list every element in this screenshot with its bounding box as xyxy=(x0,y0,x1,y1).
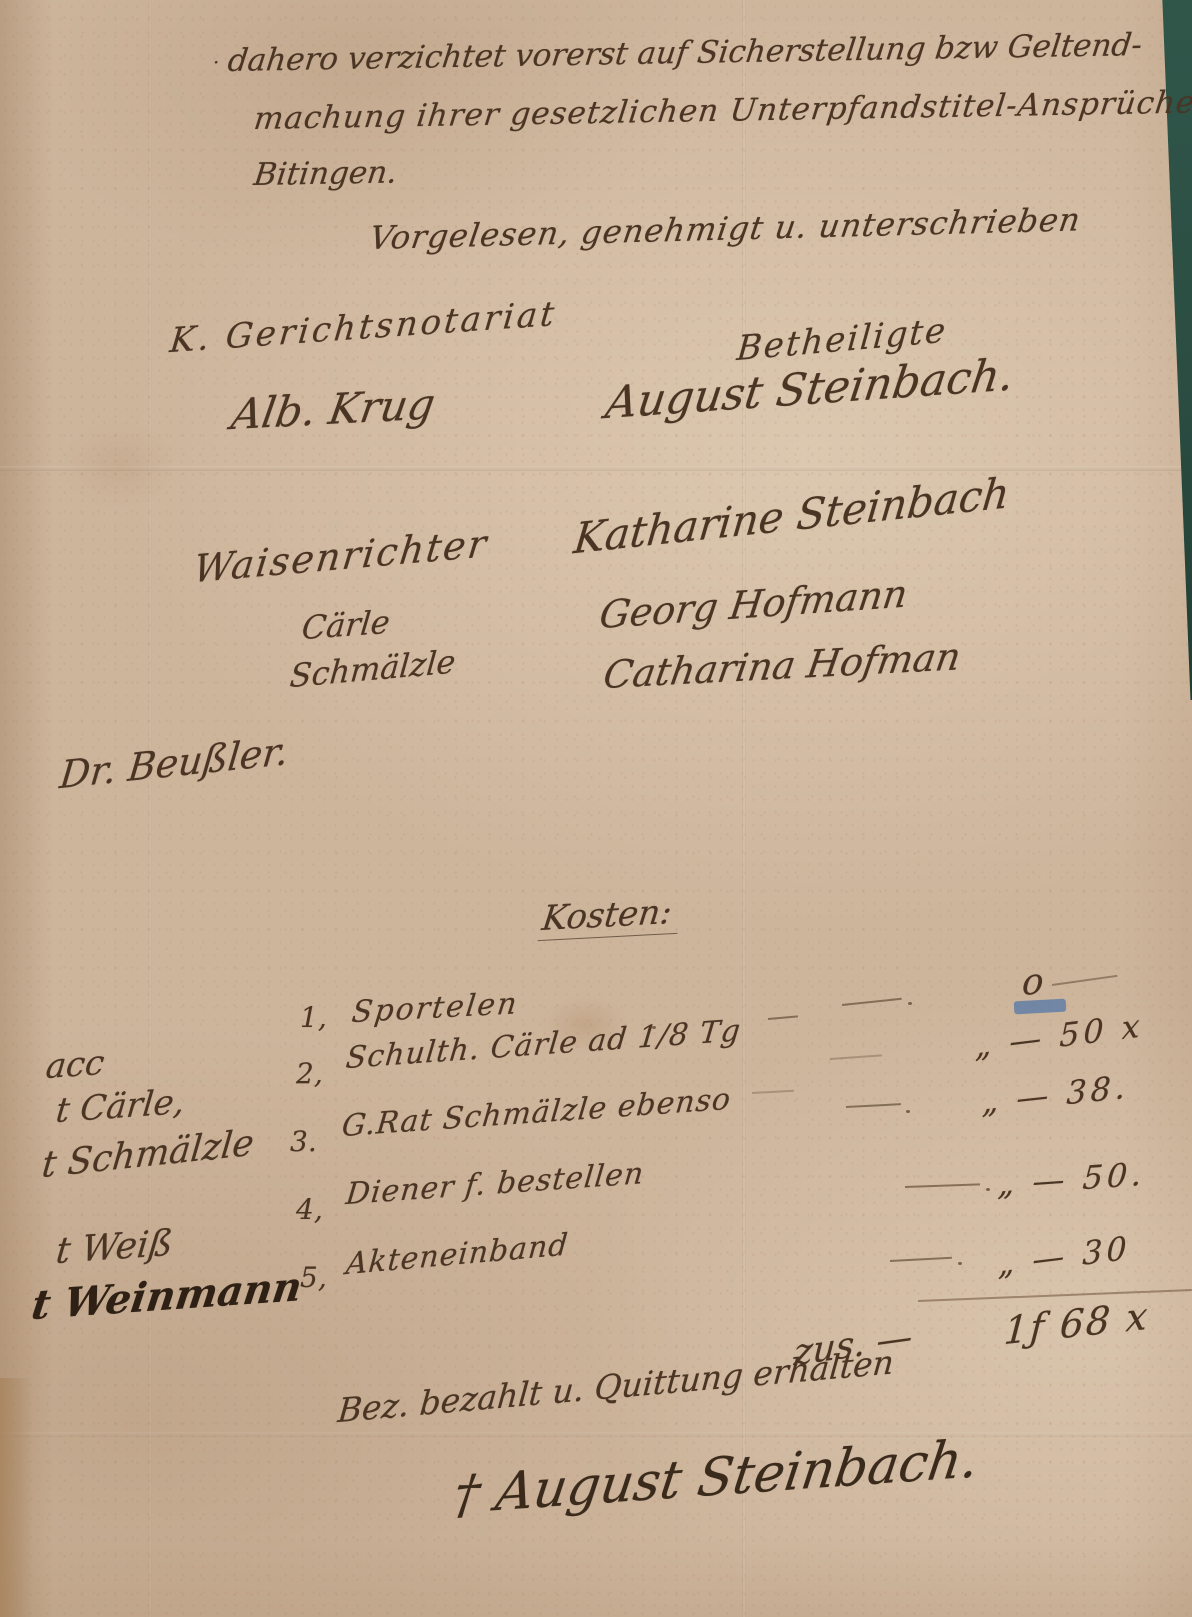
cost-item-3-number: 3. xyxy=(290,1128,317,1156)
leader-dash xyxy=(842,998,902,1006)
leader-dot xyxy=(908,1002,912,1005)
leader-dot xyxy=(986,1188,990,1191)
cost-item-5-amount: „ — 30 xyxy=(998,1232,1131,1281)
receipt-line: Bez. bezahlt u. Quittung erhalten xyxy=(337,1345,896,1427)
waisenrichter-title: Waisenrichter xyxy=(192,524,491,588)
cost-item-1-label: Sportelen xyxy=(350,989,520,1028)
cost-item-4-amount: „ — 50. xyxy=(997,1158,1147,1201)
paragraph-mark: · xyxy=(213,52,219,72)
leader-dash xyxy=(830,1054,882,1060)
leader-dot xyxy=(906,1110,910,1113)
margin-note-weiss: t Weiß xyxy=(54,1226,174,1271)
horizontal-fold-crease-bottom xyxy=(0,1432,1192,1437)
leader-dash xyxy=(890,1257,952,1262)
horizontal-fold-crease xyxy=(0,466,1192,471)
leader-dash xyxy=(768,1015,798,1020)
leader-dash xyxy=(846,1103,901,1108)
blue-pencil-mark xyxy=(1014,999,1067,1015)
clerk-signature: Dr. Beußler. xyxy=(58,732,290,795)
underlying-page-edge xyxy=(0,1378,32,1617)
court-office-title: K. Gerichtsnotariat xyxy=(168,297,559,358)
paper-stain xyxy=(60,420,180,510)
amount-flourish-dash xyxy=(1052,975,1118,986)
margin-note-acc: acc xyxy=(44,1046,106,1084)
paragraph-line-1: dahero verzichtet vorerst auf Sicherstel… xyxy=(226,30,1144,77)
signature-katharine-steinbach: Katharine Steinbach xyxy=(572,472,1012,560)
signature-schmaelzle: Schmälzle xyxy=(289,645,457,692)
paragraph-line-3: Bitingen. xyxy=(252,157,399,191)
cost-item-2-number: 2, xyxy=(296,1060,323,1088)
attestation-line: Vorgelesen, genehmigt u. unterschrieben xyxy=(368,203,1084,254)
manuscript-page: · dahero verzichtet vorerst auf Sicherst… xyxy=(0,0,1192,1617)
margin-note-weinmann: t Weinmann xyxy=(29,1267,304,1326)
paragraph-line-2: machung ihrer gesetzlichen Unterpfandsti… xyxy=(252,88,1192,136)
signature-august-steinbach: August Steinbach. xyxy=(603,353,1017,426)
signature-georg-hofmann: Georg Hofmann xyxy=(597,574,910,634)
cost-item-4-number: 4, xyxy=(296,1196,323,1224)
cost-item-1-number: 1, xyxy=(300,1004,327,1032)
receipt-signature-august-steinbach: † August Steinbach. xyxy=(450,1433,981,1522)
leader-dot xyxy=(958,1262,962,1265)
vertical-fold-crease-left xyxy=(148,0,152,1617)
leader-dash xyxy=(905,1183,980,1188)
margin-note-caerle: t Cärle, xyxy=(54,1085,186,1128)
costs-heading: Kosten: xyxy=(538,895,682,942)
total-rule xyxy=(918,1289,1192,1301)
cost-item-3-amount: „ — 38. xyxy=(981,1070,1129,1118)
leader-dash xyxy=(752,1090,794,1094)
cost-item-3-label: G.Rat Schmälzle ebenso xyxy=(340,1085,732,1142)
cost-item-1-amount: o xyxy=(1021,964,1044,1003)
cost-item-2-amount: „ — 50 x xyxy=(975,1009,1144,1062)
signature-caerle: Cärle xyxy=(300,606,391,644)
cost-item-5-label: Akteneinband xyxy=(345,1230,570,1280)
court-notary-signature: Alb. Krug xyxy=(229,383,438,436)
total-amount: 1ƒ 68 x xyxy=(1003,1296,1151,1350)
leader-dot xyxy=(652,1026,656,1029)
signature-catharina-hofman: Catharina Hofman xyxy=(601,637,963,694)
cost-item-4-label: Diener f. bestellen xyxy=(344,1159,645,1210)
